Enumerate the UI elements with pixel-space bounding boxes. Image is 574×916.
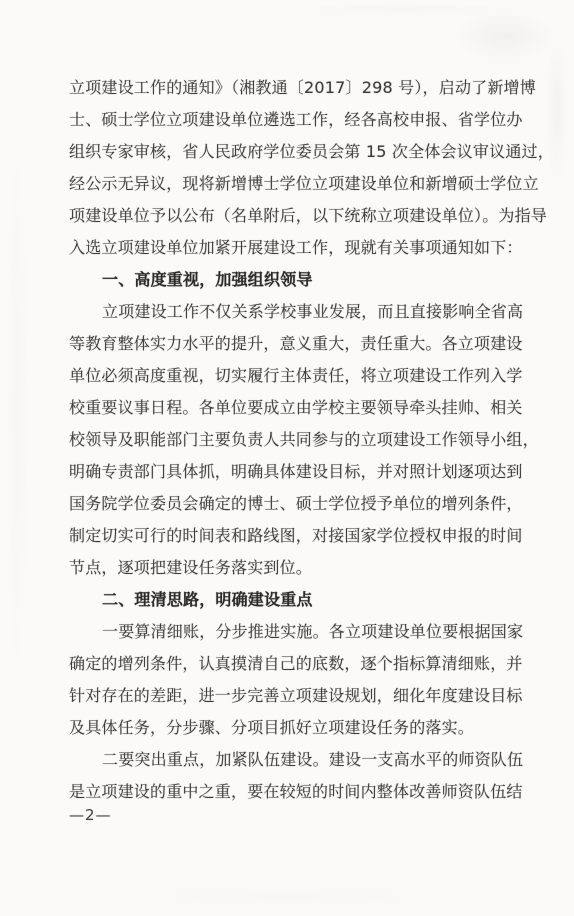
paragraph: 一要算清细账，分步推进实施。各立项建设单位要根据国家确定的增列条件，认真摸清自己… <box>69 616 513 744</box>
document-body: 立项建设工作的通知》（湘教通〔2017〕298 号），启动了新增博士、硕士学位立… <box>69 72 513 808</box>
text-line: 一、高度重视，加强组织领导 <box>69 264 513 296</box>
paragraph: 立项建设工作的通知》（湘教通〔2017〕298 号），启动了新增博士、硕士学位立… <box>69 72 513 264</box>
paragraph: 二要突出重点，加紧队伍建设。建设一支高水平的师资队伍是立项建设的重中之重，要在较… <box>69 744 513 808</box>
text-line: 等教育整体实力水平的提升，意义重大，责任重大。各立项建设 <box>69 328 513 360</box>
text-line: 单位必须高度重视，切实履行主体责任，将立项建设工作列入学 <box>69 360 513 392</box>
text-line: 士、硕士学位立项建设单位遴选工作，经各高校申报、省学位办 <box>69 104 513 136</box>
text-line: 二、理清思路，明确建设重点 <box>69 584 513 616</box>
text-line: 国务院学位委员会确定的博士、硕士学位授予单位的增列条件， <box>69 488 513 520</box>
scanned-page: 立项建设工作的通知》（湘教通〔2017〕298 号），启动了新增博士、硕士学位立… <box>0 0 574 916</box>
text-line: 校领导及职能部门主要负责人共同参与的立项建设工作领导小组， <box>69 424 513 456</box>
text-line: 确定的增列条件，认真摸清自己的底数，逐个指标算清细账，并 <box>69 648 513 680</box>
text-line: 明确专责部门具体抓，明确具体建设目标，并对照计划逐项达到 <box>69 456 513 488</box>
text-line: 及具体任务，分步骤、分项目抓好立项建设任务的落实。 <box>69 712 513 744</box>
text-line: 节点，逐项把建设任务落实到位。 <box>69 552 513 584</box>
page-number: —2— <box>69 804 112 826</box>
text-line: 项建设单位予以公布（名单附后，以下统称立项建设单位）。为指导 <box>69 200 513 232</box>
text-line: 校重要议事日程。各单位要成立由学校主要领导牵头挂帅、相关 <box>69 392 513 424</box>
text-line: 二要突出重点，加紧队伍建设。建设一支高水平的师资队伍 <box>69 744 513 776</box>
text-line: 立项建设工作不仅关系学校事业发展，而且直接影响全省高 <box>69 296 513 328</box>
text-line: 立项建设工作的通知》（湘教通〔2017〕298 号），启动了新增博 <box>69 72 513 104</box>
section-heading: 二、理清思路，明确建设重点 <box>69 584 513 616</box>
text-line: 组织专家审核，省人民政府学位委员会第 15 次全体会议审议通过， <box>69 136 513 168</box>
text-line: 一要算清细账，分步推进实施。各立项建设单位要根据国家 <box>69 616 513 648</box>
text-line: 制定切实可行的时间表和路线图，对接国家学位授权申报的时间 <box>69 520 513 552</box>
text-line: 经公示无异议，现将新增博士学位立项建设单位和新增硕士学位立 <box>69 168 513 200</box>
text-line: 入选立项建设单位加紧开展建设工作，现就有关事项通知如下： <box>69 232 513 264</box>
section-heading: 一、高度重视，加强组织领导 <box>69 264 513 296</box>
text-line: 是立项建设的重中之重，要在较短的时间内整体改善师资队伍结 <box>69 776 513 808</box>
text-line: 针对存在的差距，进一步完善立项建设规划，细化年度建设目标 <box>69 680 513 712</box>
paragraph: 立项建设工作不仅关系学校事业发展，而且直接影响全省高等教育整体实力水平的提升，意… <box>69 296 513 584</box>
